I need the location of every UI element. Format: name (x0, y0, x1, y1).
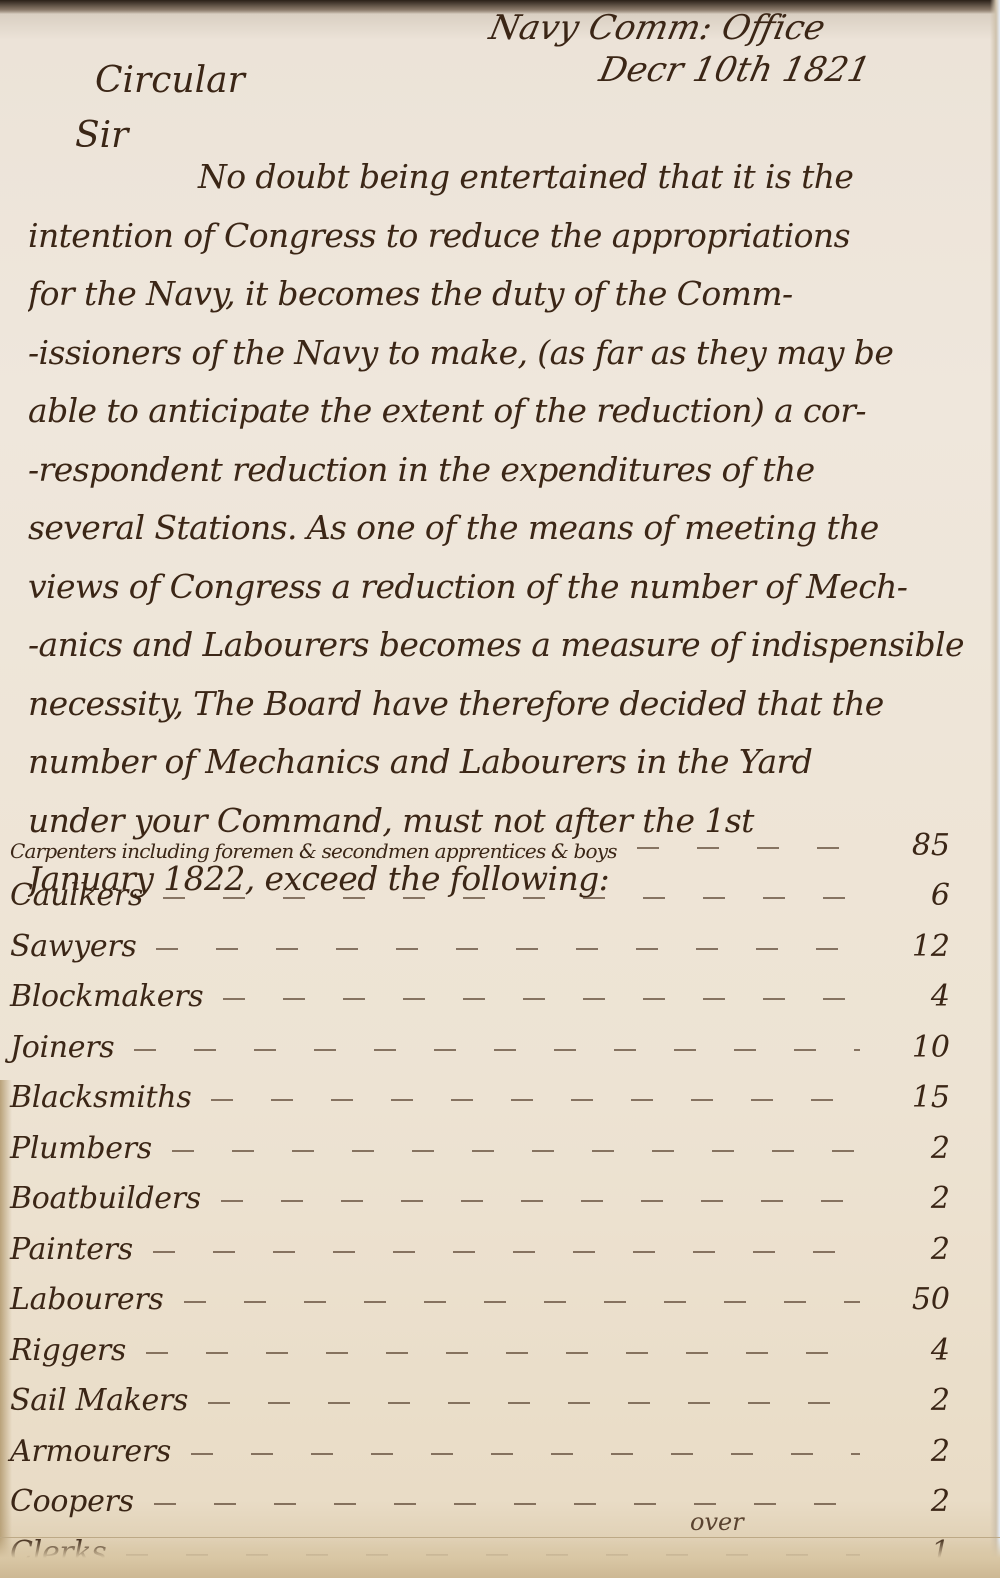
trade-name: Carpenters including foremen & secondmen… (10, 839, 617, 863)
table-row: Boatbuilders 2 (10, 1166, 950, 1217)
leader-dashes (163, 897, 860, 899)
trade-name: Labourers (10, 1282, 164, 1317)
table-row: Sawyers 12 (10, 913, 950, 964)
body-line: several Stations. As one of the means of… (28, 499, 988, 558)
leader-dashes (184, 1301, 860, 1303)
leader-dashes (211, 1099, 860, 1101)
circular-label: Circular (95, 60, 245, 101)
trade-name: Sail Makers (10, 1383, 188, 1418)
table-row: Riggers 4 (10, 1317, 950, 1368)
header-office: Navy Comm: Office (486, 8, 829, 48)
trade-count: 2 (880, 1232, 950, 1267)
leader-dashes (156, 948, 860, 950)
trade-name: Coopers (10, 1484, 134, 1519)
trade-count: 2 (880, 1181, 950, 1216)
leader-dashes (191, 1453, 860, 1455)
body-line: views of Congress a reduction of the num… (28, 558, 988, 617)
body-line: -respondent reduction in the expenditure… (28, 441, 988, 500)
letter-body: No doubt being entertained that it is th… (28, 148, 988, 909)
trade-count: 4 (880, 979, 950, 1014)
trade-count: 85 (880, 828, 950, 863)
body-line: No doubt being entertained that it is th… (28, 148, 988, 207)
table-row: Armourers 2 (10, 1418, 950, 1469)
table-row: Plumbers 2 (10, 1115, 950, 1166)
table-row: Sail Makers 2 (10, 1368, 950, 1419)
leader-dashes (221, 1200, 860, 1202)
trade-count: 10 (880, 1030, 950, 1065)
leader-dashes (223, 998, 860, 1000)
trade-count: 2 (880, 1383, 950, 1418)
trade-count: 2 (880, 1434, 950, 1469)
trade-name: Blockmakers (10, 979, 203, 1014)
table-row: Carpenters including foremen & secondmen… (10, 812, 950, 863)
page-right-edge (990, 0, 1000, 1578)
table-row: Blockmakers 4 (10, 964, 950, 1015)
leader-dashes (154, 1503, 860, 1505)
body-line: able to anticipate the extent of the red… (28, 382, 988, 441)
page-bottom-curl (0, 1537, 1000, 1578)
trade-name: Joiners (10, 1030, 114, 1065)
table-row: Labourers 50 (10, 1267, 950, 1318)
body-line: number of Mechanics and Labourers in the… (28, 733, 988, 792)
trade-count: 12 (880, 929, 950, 964)
manuscript-page: Navy Comm: Office Decr 10th 1821 Circula… (0, 0, 1000, 1578)
trade-count: 2 (880, 1484, 950, 1519)
trade-count: 2 (880, 1131, 950, 1166)
trade-name: Armourers (10, 1434, 171, 1469)
trade-count: 4 (880, 1333, 950, 1368)
leader-dashes (134, 1049, 860, 1051)
trade-name: Painters (10, 1232, 133, 1267)
header-date: Decr 10th 1821 (596, 50, 874, 90)
trade-count: 6 (880, 878, 950, 913)
body-line: -issioners of the Navy to make, (as far … (28, 324, 988, 383)
trade-name: Riggers (10, 1333, 126, 1368)
leader-dashes (153, 1251, 860, 1253)
leader-dashes (208, 1402, 860, 1404)
body-line: necessity, The Board have therefore deci… (28, 675, 988, 734)
trade-name: Boatbuilders (10, 1181, 201, 1216)
table-row: Joiners 10 (10, 1014, 950, 1065)
table-row: Blacksmiths 15 (10, 1065, 950, 1116)
body-line: intention of Congress to reduce the appr… (28, 207, 988, 266)
body-line: -anics and Labourers becomes a measure o… (28, 616, 988, 675)
body-line: for the Navy, it becomes the duty of the… (28, 265, 988, 324)
table-row: Painters 2 (10, 1216, 950, 1267)
trade-name: Sawyers (10, 929, 136, 964)
trade-count: 15 (880, 1080, 950, 1115)
leader-dashes (172, 1150, 860, 1152)
leader-dashes (637, 847, 860, 849)
leader-dashes (146, 1352, 860, 1354)
turn-over-note: over (690, 1508, 744, 1536)
trade-name: Plumbers (10, 1131, 152, 1166)
trade-count: 50 (880, 1282, 950, 1317)
trades-allotment-table: Carpenters including foremen & secondmen… (10, 812, 950, 1570)
table-row: Caulkers 6 (10, 863, 950, 914)
table-row: Coopers 2 (10, 1469, 950, 1520)
trade-name: Caulkers (10, 878, 143, 913)
trade-name: Blacksmiths (10, 1080, 191, 1115)
